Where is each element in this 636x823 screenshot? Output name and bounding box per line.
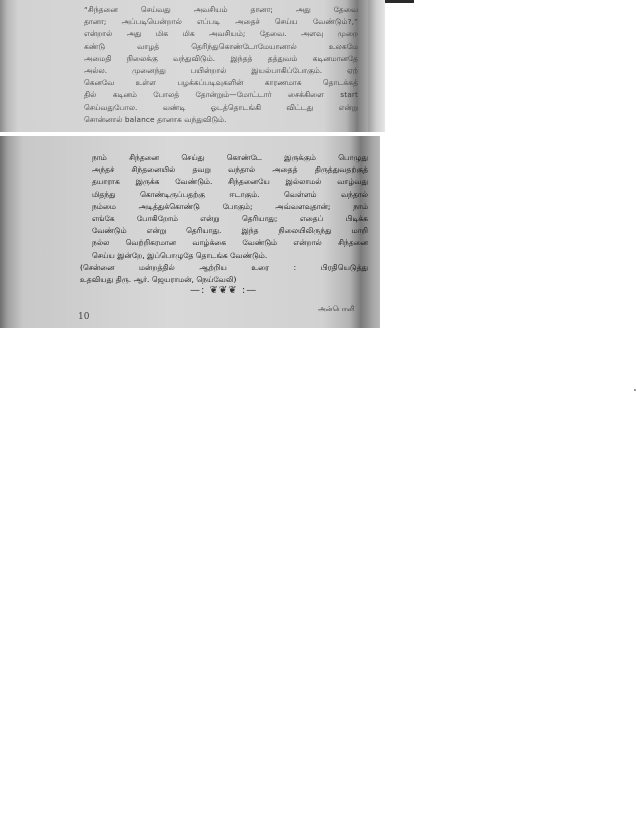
scan-edge-mark	[384, 0, 414, 3]
running-footer: அன்பொளி	[318, 305, 355, 314]
text-line: நல்ல வெற்றிகரமான வாழ்க்கை வேண்டும் என்றா…	[70, 237, 368, 249]
text-line: (சென்னை மன்றத்தில் ஆற்றிய உரை : பிரதியெட…	[70, 262, 368, 274]
text-line: தில் கடினம் போலத் தோன்றும்—மோட்டார் சைக்…	[62, 89, 358, 101]
section-end-ornament: —: ❦❦❦ :—	[190, 285, 257, 296]
text-line: “சிந்தனை செய்வது அவசியம் தானா; அது தேவை	[62, 4, 358, 16]
text-line: தயாராக இருக்க வேண்டும். சிந்தனையே இல்லாம…	[70, 176, 368, 188]
attribution-note: (சென்னை மன்றத்தில் ஆற்றிய உரை : பிரதியெட…	[70, 262, 368, 286]
text-line: மிதந்து கொண்டிருப்பதற்கு ஈடாகும். வெள்ளம…	[70, 189, 368, 201]
text-line: செய்வதுபோல. வண்டி ஓடத்தொடங்கி விட்டது என…	[62, 102, 358, 114]
text-line: என்றால் அது மிக மிக அவசியம்; தேவை. அளவு …	[62, 28, 358, 40]
text-line: கெனவே உள்ள பழக்கப்படிவுகளின் காரணமாக தொட…	[62, 77, 358, 89]
paragraph-1: “சிந்தனை செய்வது அவசியம் தானா; அது தேவை …	[62, 4, 358, 126]
text-line: அமைதி நிலைக்கு வந்துவிடும். இந்தத் தத்து…	[62, 53, 358, 65]
text-line: செய்ய இன்றே, இப்பொழுதே தொடங்க வேண்டும்.	[70, 250, 368, 262]
text-line: எங்கே போகிறோம் என்று தெரியாது; எதைப் பிட…	[70, 213, 368, 225]
page-number: 10	[78, 312, 89, 322]
text-line: கண்டு வாழத் தெரிந்துகொண்டோமேயானால் உலகமே	[62, 41, 358, 53]
text-line: வேண்டும் என்று தெரியாது. இந்த நிலையிலிரு…	[70, 225, 368, 237]
text-line: அந்தச் சிந்தனையில் தவறு வந்தால் அதைத் தி…	[70, 164, 368, 176]
paragraph-2: நாம் சிந்தனை செய்து கொண்டே இருக்கும் பொழ…	[70, 152, 368, 262]
text-line: நாம் சிந்தனை செய்து கொண்டே இருக்கும் பொழ…	[70, 152, 368, 164]
text-line: நம்மை அடித்துக்கொண்டு போகும்; அவ்வளவுதான…	[70, 201, 368, 213]
text-line: சொன்னால் balance தானாக வந்துவிடும்.	[62, 114, 358, 126]
scanned-page-strip-top: “சிந்தனை செய்வது அவசியம் தானா; அது தேவை …	[0, 0, 368, 132]
text-line: அல்ல. முனைந்து பயின்றால் இயல்பாகிப்போகும…	[62, 65, 358, 77]
text-line: தானா; அப்படியென்றால் எப்படி அதைச் செய்ய …	[62, 16, 358, 28]
